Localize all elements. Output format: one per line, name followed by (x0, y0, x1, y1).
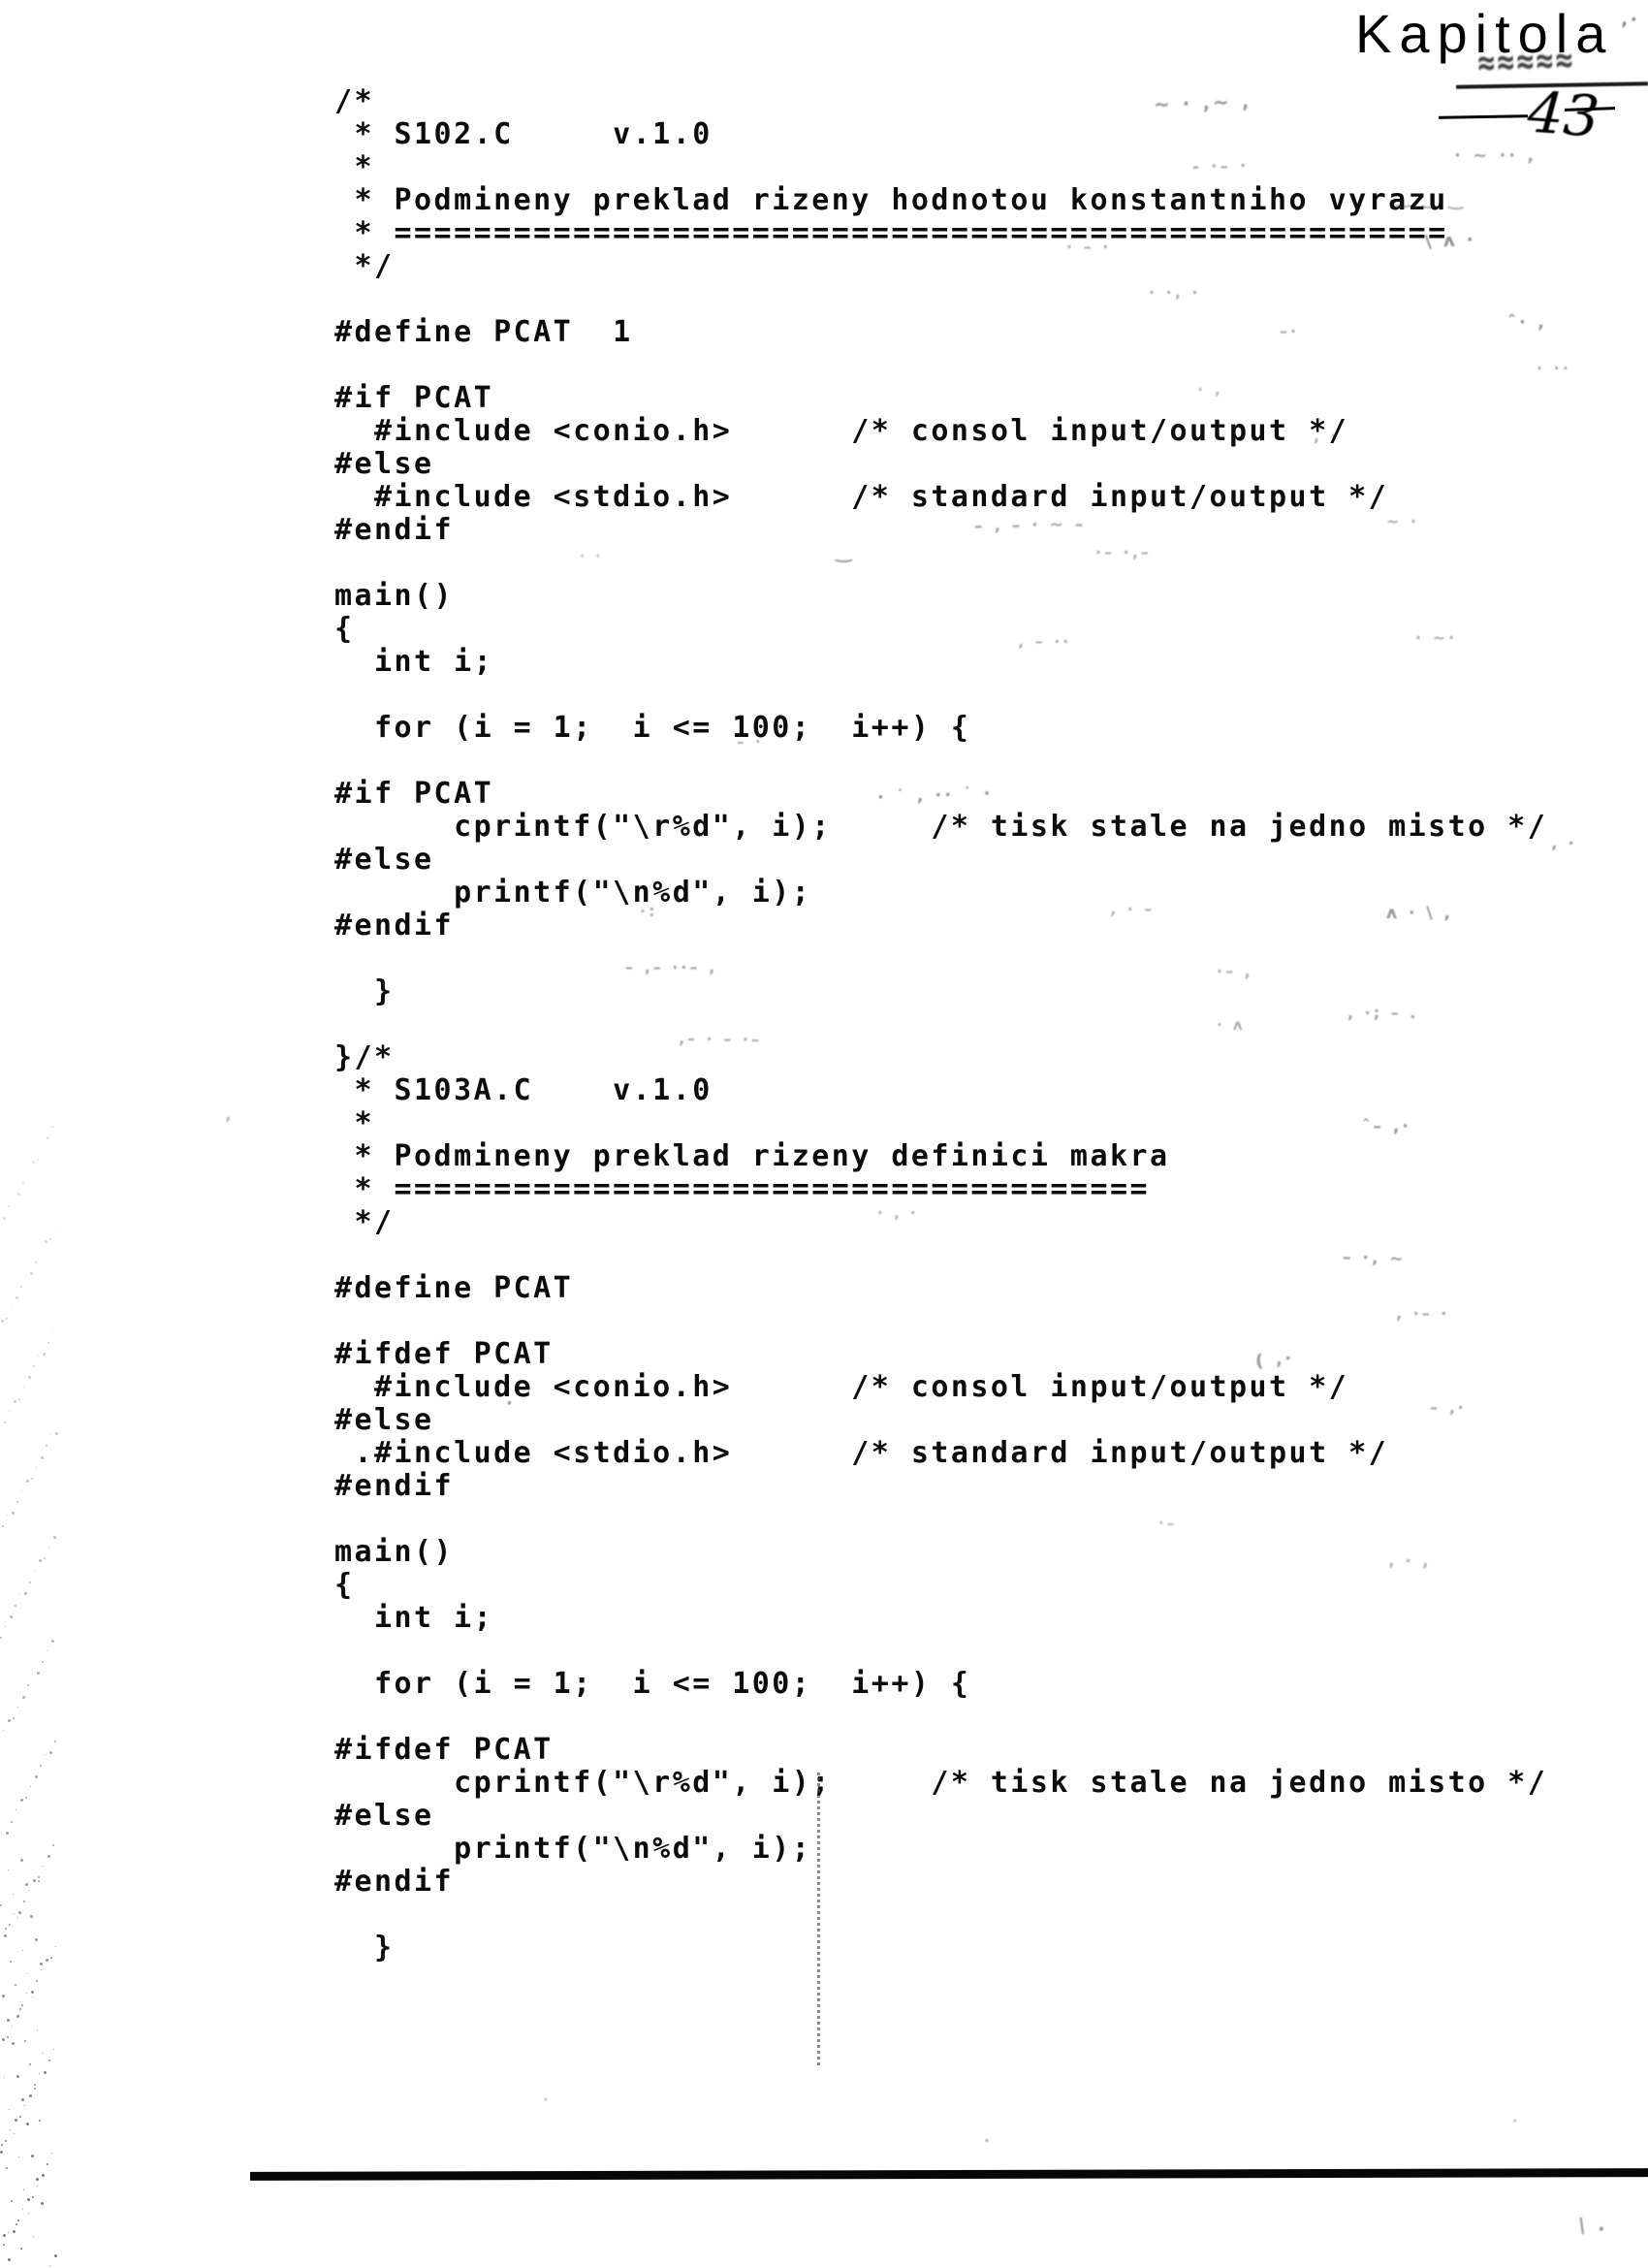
speck-dot (17, 1917, 18, 1918)
speck-dot (49, 1238, 51, 1240)
speck-dot (41, 1456, 44, 1459)
speck-dot (31, 1991, 34, 1994)
speck-dot (38, 1876, 40, 1878)
speck-dot (42, 1661, 44, 1663)
speck-dot (40, 1765, 42, 1767)
speck-dot (45, 1240, 48, 1243)
speck-dot (42, 2174, 45, 2177)
speck-dot (47, 2163, 48, 2165)
speck-dot (29, 1581, 31, 1583)
speck-dot (3, 1730, 4, 1731)
binding-speckle-strip (0, 1115, 68, 2268)
speck-dot (8, 1205, 10, 1207)
speck-dot (8, 2232, 9, 2233)
pencil-scribble: ≈≈≈≈≈ (1476, 36, 1648, 79)
speck-dot (35, 1775, 38, 1778)
speck-dot (10, 2129, 11, 2130)
speck-dot (24, 1592, 27, 1595)
speck-dot (48, 1547, 49, 1548)
speck-dot (51, 1640, 54, 1643)
speck-dot (35, 1262, 37, 1263)
speck-dot (7, 2019, 10, 2022)
speck-dot (36, 1467, 37, 1468)
speck-dot (28, 2213, 29, 2214)
speck-dot (44, 1557, 46, 1559)
speck-dot (3, 2234, 6, 2237)
speck-dot (35, 1938, 38, 1941)
speck-dot (27, 2198, 30, 2201)
speck-dot (39, 1559, 42, 1562)
pencil-smudge: \ · (1576, 2214, 1610, 2242)
speck-dot (14, 1913, 15, 1914)
pencil-smudge: · (543, 2092, 551, 2108)
speck-dot (15, 2119, 17, 2122)
speck-dot (1, 1320, 4, 1323)
speck-dot (0, 2151, 3, 2154)
speck-dot (34, 2084, 36, 2086)
speck-dot (7, 2036, 9, 2038)
scanned-page: Kapitola ≈≈≈≈≈ 43 /* * S102.C v.1.0 * * … (0, 0, 1648, 2268)
speck-dot (16, 2223, 17, 2225)
speck-dot (22, 1950, 23, 1951)
speck-dot (19, 1594, 20, 1595)
speck-dot (6, 2167, 8, 2169)
speck-dot (40, 1251, 41, 1252)
speck-dot (4, 1934, 7, 1937)
speck-dot (43, 1353, 46, 1356)
speck-dot (42, 1147, 43, 1148)
speck-dot (49, 1751, 52, 1754)
speck-dot (11, 1307, 12, 1308)
speck-dot (13, 1717, 15, 1719)
speck-dot (8, 1719, 11, 1722)
speck-dot (18, 1911, 21, 1914)
speck-dot (46, 1959, 48, 1962)
speck-dot (1, 2144, 3, 2146)
speck-dot (3, 1217, 6, 1220)
speck-dot (28, 1890, 29, 1891)
speck-dot (22, 1696, 25, 1699)
speck-dot (33, 1365, 35, 1367)
speck-dot (40, 1963, 43, 1965)
speck-dot (54, 2254, 57, 2257)
speck-dot (11, 1821, 13, 1823)
speck-dot (9, 1411, 10, 1412)
speck-dot (55, 1432, 58, 1435)
speck-dot (10, 1961, 12, 1963)
speck-dot (31, 1478, 33, 1480)
speck-dot (14, 1400, 16, 1403)
speck-dot (13, 1894, 14, 1895)
speck-dot (20, 2248, 22, 2250)
speck-dot (12, 2042, 15, 2045)
speck-dot (32, 2196, 34, 2198)
speck-dot (32, 1996, 33, 1997)
speck-dot (12, 1512, 15, 1515)
speck-dot (36, 1980, 38, 1982)
speck-dot (54, 1228, 55, 1229)
speck-dot (23, 2189, 24, 2190)
speck-dot (52, 1844, 54, 1846)
speck-dot (48, 1855, 50, 1858)
speck-dot (34, 1570, 35, 1571)
speck-dot (25, 1275, 26, 1276)
speck-dot (23, 1901, 25, 1902)
speck-dot (13, 2230, 16, 2233)
speck-dot (5, 1626, 6, 1627)
speck-dot (37, 1672, 40, 1675)
speck-dot (52, 1331, 53, 1332)
speck-dot (42, 2053, 43, 2054)
pencil-smudge: · (984, 2131, 993, 2150)
speck-dot (20, 1286, 22, 1288)
speck-dot (37, 2029, 38, 2030)
speck-dot (47, 1136, 49, 1139)
speck-dot (9, 2109, 10, 2110)
speck-dot (38, 1880, 40, 1882)
speck-dot (50, 1957, 52, 1959)
speck-dot (31, 2155, 34, 2157)
speck-dot (5, 2140, 7, 2142)
pencil-smudge: · (1512, 2114, 1520, 2129)
speck-dot (26, 2123, 29, 2125)
speck-dot (28, 1376, 31, 1379)
speck-dot (11, 2200, 13, 2202)
speck-dot (33, 1879, 36, 1882)
speck-dot (33, 2236, 34, 2237)
speck-dot (48, 1342, 49, 1344)
speck-dot (38, 1355, 39, 1356)
speck-dot (16, 2015, 19, 2018)
speck-dot (32, 1674, 33, 1675)
speck-dot (24, 2105, 25, 2106)
speck-dot (16, 1501, 18, 1503)
speck-dot (0, 1904, 2, 1906)
speck-dot (20, 1799, 23, 1802)
pencil-smudge: ‚ (225, 1105, 234, 1124)
speck-dot (4, 1421, 6, 1423)
speck-dot (26, 1993, 27, 1994)
speck-dot (29, 2063, 31, 2065)
speck-dot (27, 1171, 28, 1172)
speck-dot (44, 2071, 47, 2074)
speck-dot (12, 2026, 13, 2027)
speck-dot (37, 1159, 39, 1161)
speck-dot (37, 2186, 38, 2187)
speck-dot (7, 1515, 8, 1516)
speck-dot (13, 1195, 14, 1196)
speck-dot (48, 2060, 50, 2061)
speck-dot (46, 1445, 48, 1447)
speck-dot (36, 2178, 39, 2181)
speck-dot (54, 1741, 56, 1742)
speck-dot (20, 1859, 23, 1862)
speck-dot (4, 2077, 5, 2078)
speck-dot (1, 1834, 2, 1835)
speck-dot (29, 2094, 32, 2097)
speck-dot (8, 2258, 11, 2261)
speck-dot (2, 2038, 5, 2041)
speck-dot (16, 1809, 16, 1810)
speck-dot (17, 1707, 18, 1708)
speck-dot (21, 2098, 24, 2101)
speck-dot (9, 1924, 11, 1926)
speck-dot (2, 1995, 5, 1997)
speck-dot (26, 1480, 29, 1483)
speck-dot (16, 2075, 19, 2078)
column-dotted-line (817, 1773, 820, 2065)
speck-dot (51, 2153, 52, 2154)
speck-dot (6, 1832, 9, 1835)
speck-dot (8, 1869, 9, 1870)
speck-dot (22, 2209, 23, 2210)
speck-dot (45, 1754, 46, 1755)
speck-dot (53, 1536, 56, 1539)
bottom-rule (250, 2168, 1648, 2181)
pencil-smudge: ‚ · (1551, 834, 1577, 852)
speck-dot (19, 2116, 21, 2118)
speck-dot (15, 1605, 16, 1607)
speck-dot (41, 2202, 44, 2205)
code-listing: /* * S102.C v.1.0 * * Podmineny preklad … (334, 85, 1547, 1965)
speck-dot (25, 1797, 27, 1799)
speck-dot (51, 1126, 53, 1128)
speck-dot (43, 1866, 44, 1867)
pencil-smudge: ‚· (1621, 10, 1640, 30)
speck-dot (27, 1973, 28, 1974)
speck-dot (34, 2088, 36, 2090)
speck-dot (50, 1434, 51, 1435)
speck-dot (27, 1684, 29, 1686)
speck-dot (0, 1637, 2, 1639)
speck-dot (21, 1490, 22, 1491)
speck-dot (0, 1115, 1, 1116)
speck-dot (6, 1318, 8, 1320)
speck-dot (5, 1928, 7, 1930)
speck-dot (21, 2004, 23, 2006)
speck-dot (3, 2244, 5, 2246)
speck-dot (18, 1398, 20, 1400)
speck-dot (23, 1387, 24, 1388)
speck-dot (14, 2133, 15, 2134)
speck-dot (15, 1984, 16, 1986)
speck-dot (39, 2073, 40, 2074)
speck-dot (30, 1915, 33, 1918)
speck-dot (16, 1296, 18, 1299)
speck-dot (30, 1786, 31, 1787)
speck-dot (41, 1969, 42, 1970)
speck-dot (53, 2049, 54, 2050)
speck-dot (25, 1883, 28, 1886)
speck-dot (2, 1525, 4, 1527)
speck-dot (24, 2040, 26, 2042)
speck-dot (30, 1272, 33, 1275)
speck-dot (47, 1650, 48, 1651)
speck-dot (22, 1182, 24, 1184)
speck-dot (17, 1193, 20, 1196)
speck-dot (32, 1161, 35, 1164)
speck-dot (19, 2008, 21, 2010)
speck-dot (39, 2120, 41, 2122)
speck-dot (49, 2265, 50, 2266)
speck-dot (18, 2156, 19, 2157)
speck-dot (10, 1615, 13, 1618)
speck-dot (55, 1946, 56, 1947)
speck-dot (17, 2220, 19, 2221)
